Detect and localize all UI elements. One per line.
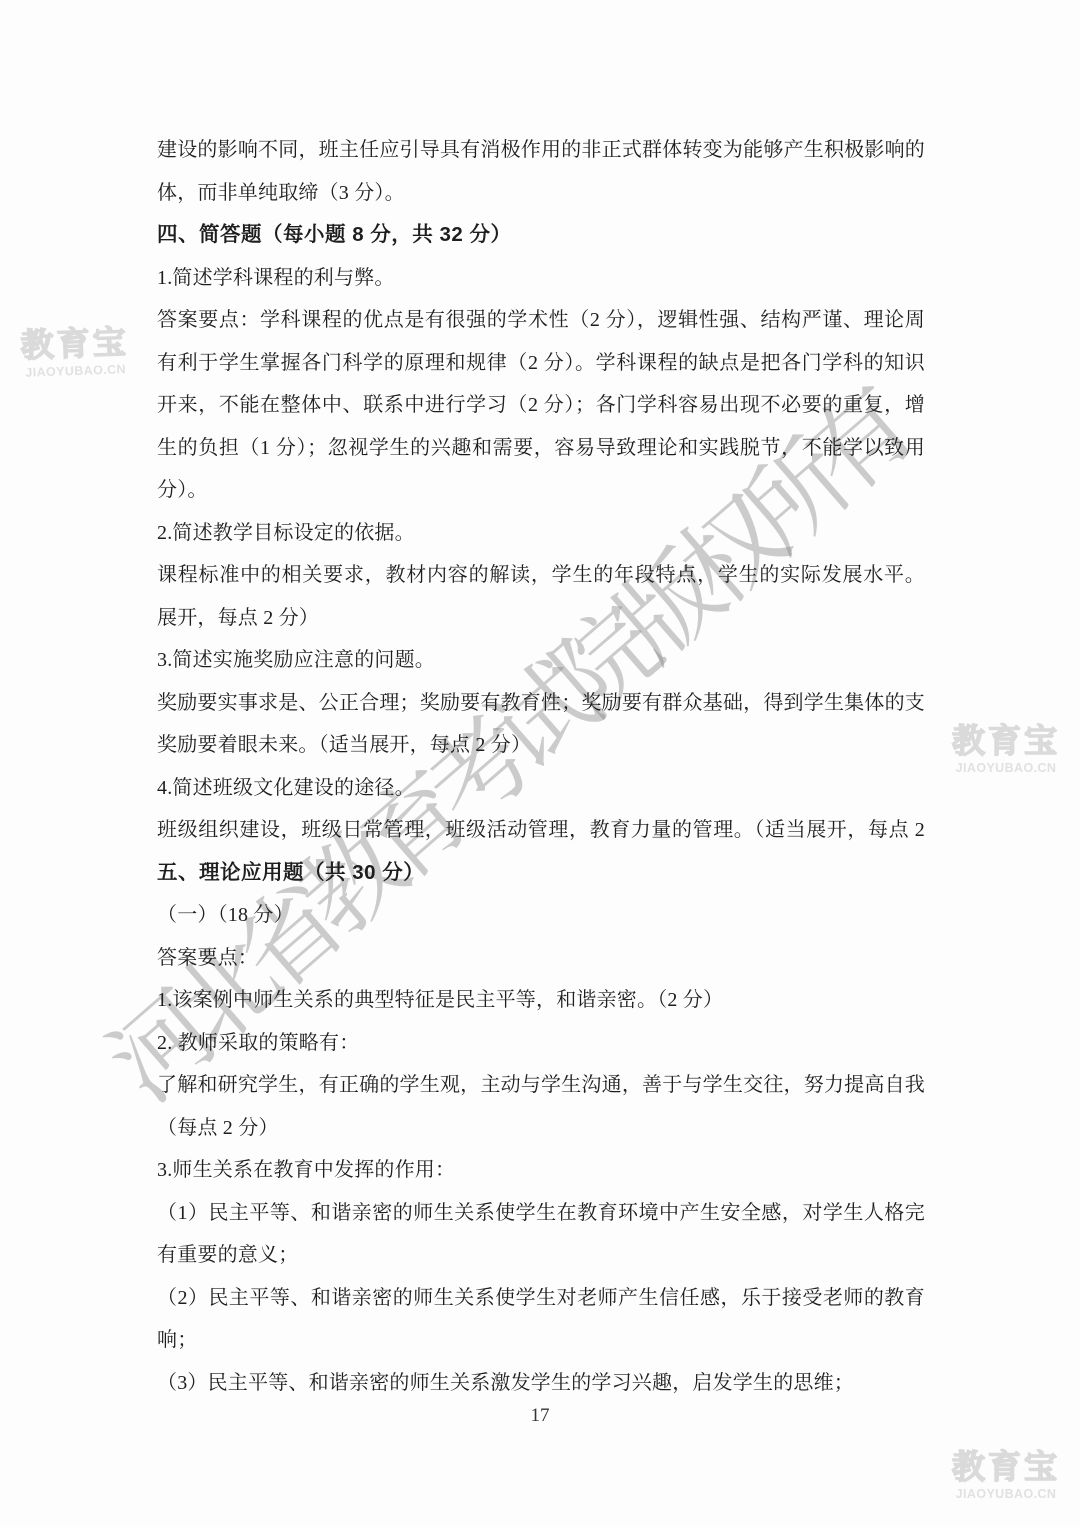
screenshot-root: { "page": { "number": "17", "background_… [0,0,1080,1527]
brand-logo-text: 教育宝 [945,723,1067,759]
text-line: 了解和研究学生，有正确的学生观，主动与学生沟通，善于与学生交往，努力提高自我修养… [157,1064,925,1107]
text-line: 生的负担（1 分）；忽视学生的兴趣和需要，容易导致理论和实践脱节，不能学以致用（… [157,427,925,470]
text-line: 1.该案例中师生关系的典型特征是民主平等，和谐亲密。（2 分） [157,979,925,1022]
brand-logo-text: 教育宝 [13,324,136,364]
brand-watermark-left: 教育宝 JIAOYUBAO.CN [13,324,137,380]
brand-logo-text: 教育宝 [945,1449,1067,1485]
text-line: 3.简述实施奖励应注意的问题。 [157,639,925,682]
section-heading-line: 五、理论应用题（共 30 分） [157,852,925,895]
section-heading-line: 四、简答题（每小题 8 分，共 32 分） [157,214,925,257]
brand-domain-text: JIAOYUBAO.CN [14,361,136,379]
text-line: 1.简述学科课程的利与弊。 [157,257,925,300]
text-line: 有重要的意义； [157,1234,925,1277]
text-line: （2）民主平等、和谐亲密的师生关系使学生对老师产生信任感，乐于接受老师的教育和影 [157,1277,925,1320]
text-line: 展开，每点 2 分） [157,597,925,640]
brand-domain-text: JIAOYUBAO.CN [945,1487,1067,1501]
text-line: 答案要点：学科课程的优点是有很强的学术性（2 分），逻辑性强、结构严谨、理论周密… [157,299,925,342]
text-line: （3）民主平等、和谐亲密的师生关系激发学生的学习兴趣，启发学生的思维； [157,1362,925,1405]
text-line: （一）（18 分） [157,894,925,937]
text-line: 奖励要着眼未来。（适当展开，每点 2 分） [157,724,925,767]
text-line: 有利于学生掌握各门科学的原理和规律（2 分）。学科课程的缺点是把各门学科的知识割… [157,342,925,385]
brand-domain-text: JIAOYUBAO.CN [945,761,1067,775]
document-body: 建设的影响不同，班主任应引导具有消极作用的非正式群体转变为能够产生积极影响的群体… [157,129,925,1404]
text-line: 4.简述班级文化建设的途径。 [157,767,925,810]
text-line: 2. 教师采取的策略有： [157,1022,925,1065]
text-line: 答案要点： [157,937,925,980]
text-line: 体，而非单纯取缔（3 分）。 [157,172,925,215]
brand-watermark-bottom-right: 教育宝 JIAOYUBAO.CN [945,1449,1067,1501]
text-line: （1）民主平等、和谐亲密的师生关系使学生在教育环境中产生安全感，对学生人格完善具 [157,1192,925,1235]
text-line: 课程标准中的相关要求，教材内容的解读，学生的年段特点，学生的实际发展水平。（适当 [157,554,925,597]
document-page: 河北省教育考试院版权所有 教育宝 JIAOYUBAO.CN 教育宝 JIAOYU… [0,0,1080,1527]
text-line: 奖励要实事求是、公正合理；奖励要有教育性；奖励要有群众基础，得到学生集体的支持； [157,682,925,725]
brand-watermark-right: 教育宝 JIAOYUBAO.CN [945,723,1067,775]
text-line: 2.简述教学目标设定的依据。 [157,512,925,555]
text-line: 开来，不能在整体中、联系中进行学习（2 分）；各门学科容易出现不必要的重复，增加… [157,384,925,427]
text-line: 3.师生关系在教育中发挥的作用： [157,1149,925,1192]
text-line: 班级组织建设，班级日常管理，班级活动管理，教育力量的管理。（适当展开，每点 2 … [157,809,925,852]
text-line: （每点 2 分） [157,1107,925,1150]
page-number: 17 [0,1401,1080,1431]
text-line: 建设的影响不同，班主任应引导具有消极作用的非正式群体转变为能够产生积极影响的群 [157,129,925,172]
text-line: 分）。 [157,469,925,512]
text-line: 响； [157,1319,925,1362]
